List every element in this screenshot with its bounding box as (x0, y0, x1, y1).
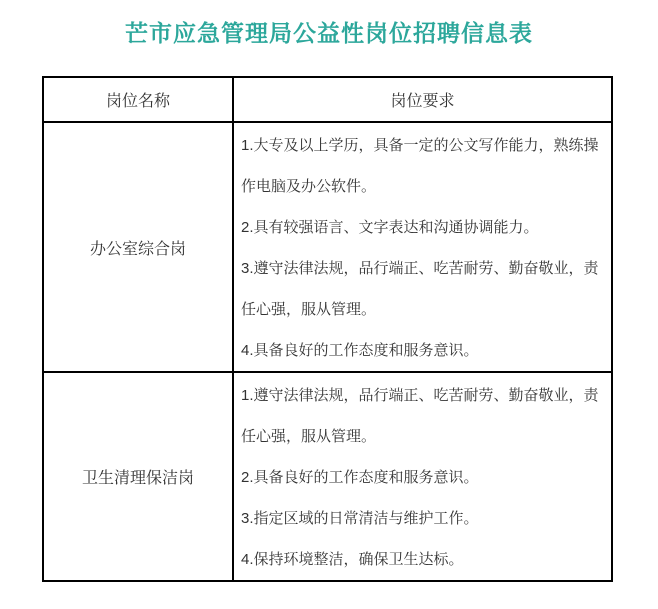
requirement-item: 4.具备良好的工作态度和服务意识。 (241, 330, 607, 371)
table-header-row: 岗位名称 岗位要求 (43, 77, 612, 122)
requirement-item: 1.大专及以上学历，具备一定的公文写作能力，熟练操作电脑及办公软件。 (241, 125, 607, 207)
requirement-item: 1.遵守法律法规，品行端正、吃苦耐劳、勤奋敬业，责任心强，服从管理。 (241, 375, 607, 457)
page-title: 芒市应急管理局公益性岗位招聘信息表 (0, 20, 658, 47)
column-header-requirements: 岗位要求 (233, 77, 612, 122)
requirement-item: 2.具备良好的工作态度和服务意识。 (241, 457, 607, 498)
column-header-position: 岗位名称 (43, 77, 233, 122)
table-row-cleaning: 卫生清理保洁岗 1.遵守法律法规，品行端正、吃苦耐劳、勤奋敬业，责任心强，服从管… (43, 372, 612, 581)
requirement-item: 2.具有较强语言、文字表达和沟通协调能力。 (241, 207, 607, 248)
page: 芒市应急管理局公益性岗位招聘信息表 岗位名称 岗位要求 办公室综合岗 1.大专及… (0, 0, 658, 609)
requirements-cleaning: 1.遵守法律法规，品行端正、吃苦耐劳、勤奋敬业，责任心强，服从管理。 2.具备良… (233, 372, 612, 581)
requirement-item: 4.保持环境整洁，确保卫生达标。 (241, 539, 607, 580)
requirements-office: 1.大专及以上学历，具备一定的公文写作能力，熟练操作电脑及办公软件。 2.具有较… (233, 122, 612, 372)
requirement-item: 3.指定区域的日常清洁与维护工作。 (241, 498, 607, 539)
position-name-cleaning: 卫生清理保洁岗 (43, 372, 233, 581)
position-name-office: 办公室综合岗 (43, 122, 233, 372)
requirement-item: 3.遵守法律法规，品行端正、吃苦耐劳、勤奋敬业，责任心强，服从管理。 (241, 248, 607, 330)
table-row-office: 办公室综合岗 1.大专及以上学历，具备一定的公文写作能力，熟练操作电脑及办公软件… (43, 122, 612, 372)
recruitment-table: 岗位名称 岗位要求 办公室综合岗 1.大专及以上学历，具备一定的公文写作能力，熟… (42, 76, 613, 582)
